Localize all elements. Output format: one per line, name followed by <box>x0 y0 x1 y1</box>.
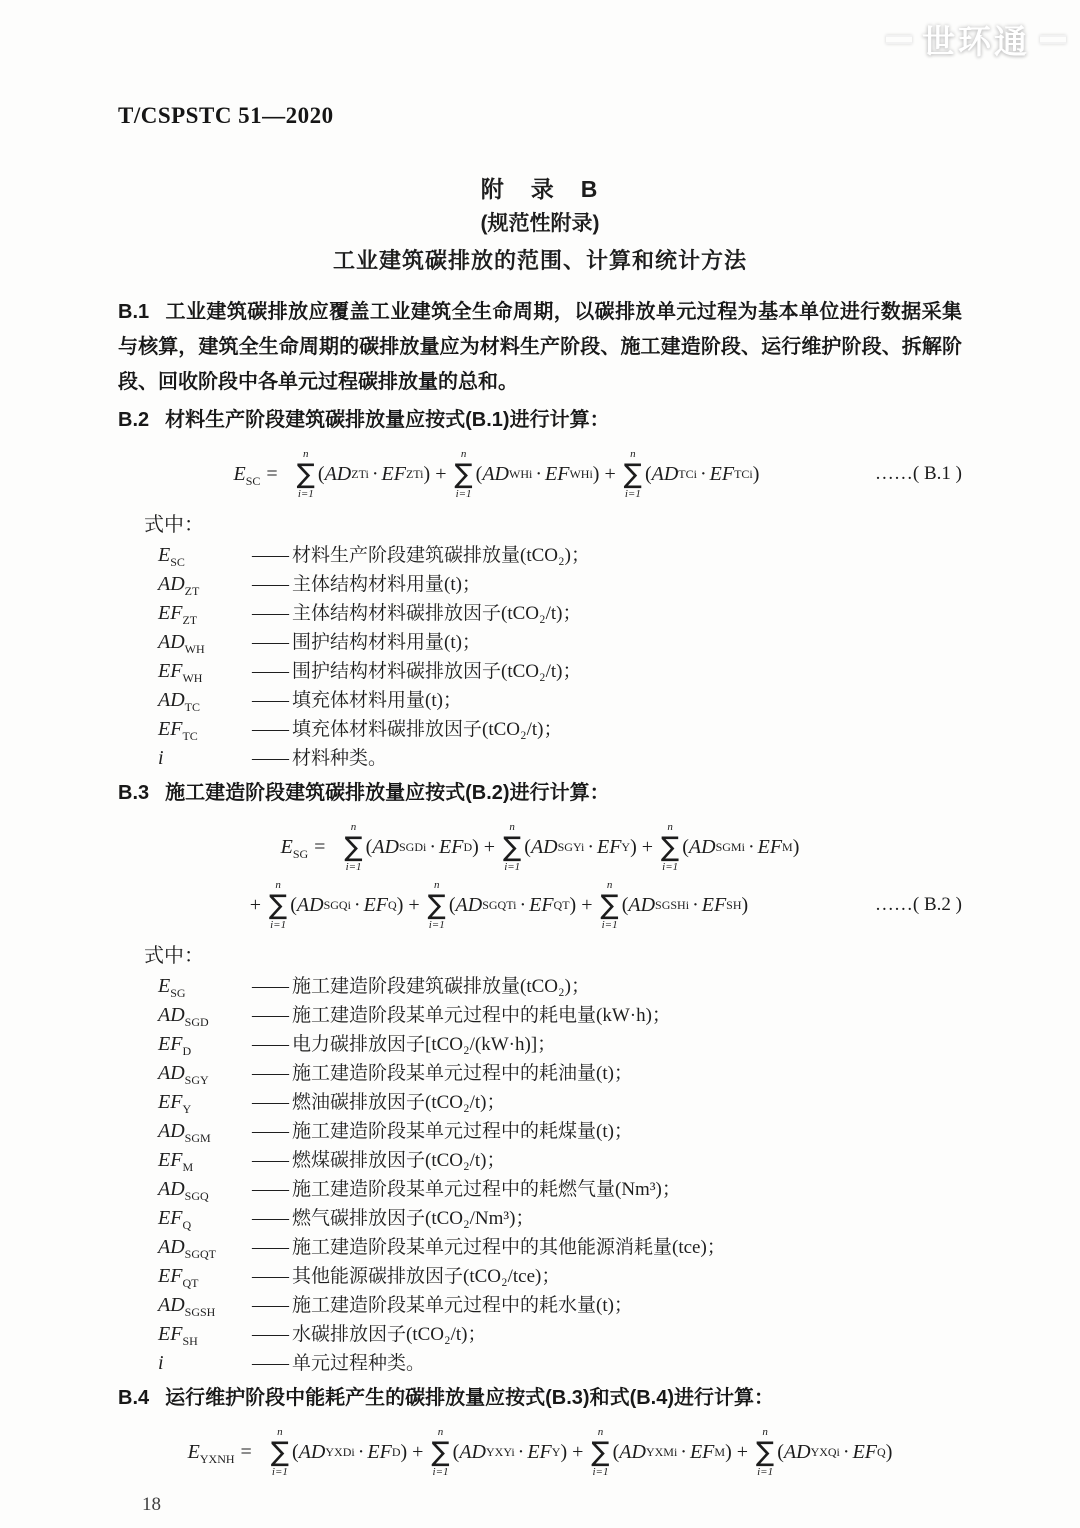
definition-dash: —— <box>252 973 288 1001</box>
ad-variable: AD <box>299 1441 326 1464</box>
definition-description: 施工建造阶段某单元过程中的耗燃气量(Nm³)； <box>292 1176 681 1204</box>
definition-description: 水碳排放因子(tCO₂/t)； <box>292 1321 487 1349</box>
where-label: 式中： <box>144 939 962 968</box>
appendix-title-block: 附 录 B (规范性附录) 工业建筑碳排放的范围、计算和统计方法 <box>118 175 962 275</box>
definition-dash: —— <box>252 1292 288 1320</box>
sigma-icon: ∑ <box>661 834 679 861</box>
ad-variable: AD <box>531 836 558 859</box>
definition-dash: —— <box>252 1350 288 1378</box>
ef-variable: EF <box>382 463 406 486</box>
formula-term: + n ∑ i=1 (ADSGQTi·EFQT) <box>403 879 576 930</box>
formula-term: + n ∑ i=1 (ADSGMi·EFM) <box>637 821 800 872</box>
page-number: 18 <box>142 1494 962 1516</box>
open-paren: ( <box>777 1441 784 1464</box>
plus-operator: + <box>412 1441 423 1464</box>
close-paren: ) <box>570 894 577 917</box>
definitions-list-b3: ESG —— 施工建造阶段建筑碳排放量(tCO₂)； ADSGD —— 施工建造… <box>158 972 962 1378</box>
definition-symbol: EFY <box>158 1088 252 1116</box>
clause-b2: B.2材料生产阶段建筑碳排放量应按式(B.1)进行计算： <box>118 403 962 438</box>
summation-symbol: n ∑ i=1 <box>661 821 679 872</box>
ef-variable: EF <box>853 1441 877 1464</box>
where-label: 式中： <box>144 508 962 537</box>
formula-term: + n ∑ i=1 (ADWHi·EFWHi) <box>430 448 599 499</box>
summation-symbol: n ∑ i=1 <box>601 879 619 930</box>
ad-variable: AD <box>325 463 352 486</box>
definition-row: EFTC —— 填充体材料碳排放因子(tCO₂/t)； <box>158 715 962 744</box>
formula-b2-expression-line1: ESG = n ∑ i=1 (ADSGDi·EFD) <box>118 821 962 872</box>
equals-sign: = <box>314 836 325 859</box>
close-paren: ) <box>424 463 431 486</box>
sigma-icon: ∑ <box>297 461 315 488</box>
formula-b3: EYXNH = n ∑ i=1 (ADYXDi·EFD) <box>118 1424 962 1480</box>
ad-variable: AD <box>456 894 483 917</box>
formula-term: n ∑ i=1 (ADYXDi·EFD) <box>258 1426 407 1477</box>
watermark-dash-left <box>886 35 912 44</box>
equals-sign: = <box>241 1441 252 1464</box>
sum-lower-limit: i=1 <box>272 1466 288 1478</box>
dot-operator: · <box>354 894 361 917</box>
summation-symbol: n ∑ i=1 <box>624 448 642 499</box>
definition-description: 材料种类。 <box>292 745 387 773</box>
summation-symbol: n ∑ i=1 <box>591 1426 609 1477</box>
ef-variable: EF <box>439 836 463 859</box>
definition-description: 填充体材料碳排放因子(tCO₂/t)； <box>292 716 563 744</box>
close-paren: ) <box>630 836 637 859</box>
definition-description: 电力碳排放因子[tCO₂/(kW·h)]； <box>292 1031 556 1059</box>
definition-symbol: EFQ <box>158 1204 252 1232</box>
definition-description: 燃气碳排放因子(tCO₂/Nm³)； <box>292 1205 534 1233</box>
definition-row: ADSGM —— 施工建造阶段某单元过程中的耗煤量(t)； <box>158 1117 962 1146</box>
definition-dash: —— <box>252 1176 288 1204</box>
ad-variable: AD <box>297 894 324 917</box>
sum-lower-limit: i=1 <box>433 1466 449 1478</box>
definition-description: 施工建造阶段某单元过程中的其他能源消耗量(tce)； <box>292 1234 726 1262</box>
plus-operator: + <box>250 894 261 917</box>
definition-description: 施工建造阶段建筑碳排放量(tCO₂)； <box>292 973 590 1001</box>
definition-row: EFD —— 电力碳排放因子[tCO₂/(kW·h)]； <box>158 1030 962 1059</box>
appendix-heading: 附 录 B <box>118 175 962 203</box>
sigma-icon: ∑ <box>601 892 619 919</box>
close-paren: ) <box>397 894 404 917</box>
plus-operator: + <box>408 894 419 917</box>
dot-operator: · <box>748 836 755 859</box>
sum-lower-limit: i=1 <box>346 861 362 873</box>
definition-dash: —— <box>252 716 288 744</box>
definition-dash: —— <box>252 1234 288 1262</box>
definition-symbol: i <box>158 1349 252 1377</box>
clause-text: 材料生产阶段建筑碳排放量应按式(B.1)进行计算： <box>165 409 609 431</box>
watermark: 世环通 <box>886 16 1066 63</box>
formula-term: + n ∑ i=1 (ADYXQi·EFQ) <box>732 1426 893 1477</box>
formula-terms: n ∑ i=1 (ADYXDi·EFD) + n ∑ i=1 <box>258 1426 893 1477</box>
definition-symbol: ADSGY <box>158 1059 252 1087</box>
dot-operator: · <box>680 1441 687 1464</box>
definition-row: ESC —— 材料生产阶段建筑碳排放量(tCO₂)； <box>158 541 962 570</box>
watermark-text: 世环通 <box>922 16 1030 63</box>
dot-operator: · <box>587 836 594 859</box>
open-paren: ( <box>682 836 689 859</box>
definition-dash: —— <box>252 629 288 657</box>
definition-symbol: ESG <box>158 972 252 1000</box>
definition-description: 其他能源碳排放因子(tCO₂/tce)； <box>292 1263 560 1291</box>
clause-text: 工业建筑碳排放应覆盖工业建筑全生命周期，以碳排放单元过程为基本单位进行数据采集与… <box>118 301 962 393</box>
formula-b3-expression: EYXNH = n ∑ i=1 (ADYXDi·EFD) <box>118 1426 962 1477</box>
definition-row: EFWH —— 围护结构材料碳排放因子(tCO₂/t)； <box>158 657 962 686</box>
definition-symbol: EFWH <box>158 657 252 685</box>
ef-variable: EF <box>545 463 569 486</box>
ef-variable: EF <box>710 463 734 486</box>
clause-text: 运行维护阶段中能耗产生的碳排放量应按式(B.3)和式(B.4)进行计算： <box>165 1387 774 1409</box>
formula-b2-line1: ESG = n ∑ i=1 (ADSGDi·EFD) <box>118 819 962 875</box>
clause-number: B.1 <box>118 301 149 323</box>
formula-term: n ∑ i=1 (ADSGDi·EFD) <box>331 821 478 872</box>
definition-dash: —— <box>252 1263 288 1291</box>
plus-operator: + <box>642 836 653 859</box>
definition-description: 材料生产阶段建筑碳排放量(tCO₂)； <box>292 542 590 570</box>
clause-text: 施工建造阶段建筑碳排放量应按式(B.2)进行计算： <box>165 782 609 804</box>
definition-symbol: ADSGD <box>158 1001 252 1029</box>
definition-dash: —— <box>252 1031 288 1059</box>
close-paren: ) <box>793 836 800 859</box>
definition-row: ADTC —— 填充体材料用量(t)； <box>158 686 962 715</box>
sigma-icon: ∑ <box>756 1439 774 1466</box>
dot-operator: · <box>700 463 707 486</box>
definition-dash: —— <box>252 687 288 715</box>
definition-row: ADSGQ —— 施工建造阶段某单元过程中的耗燃气量(Nm³)； <box>158 1175 962 1204</box>
close-paren: ) <box>560 1441 567 1464</box>
definition-description: 单元过程种类。 <box>292 1350 425 1378</box>
plus-operator: + <box>484 836 495 859</box>
formula-lhs: EYXNH <box>188 1441 235 1464</box>
sum-lower-limit: i=1 <box>270 919 286 931</box>
formula-term: + n ∑ i=1 (ADYXMi·EFM) <box>567 1426 732 1477</box>
definition-dash: —— <box>252 542 288 570</box>
sum-lower-limit: i=1 <box>429 919 445 931</box>
definition-row: ADWH —— 围护结构材料用量(t)； <box>158 628 962 657</box>
summation-symbol: n ∑ i=1 <box>454 448 472 499</box>
open-paren: ( <box>318 463 325 486</box>
definition-row: EFY —— 燃油碳排放因子(tCO₂/t)； <box>158 1088 962 1117</box>
ef-variable: EF <box>529 894 553 917</box>
definition-description: 燃油碳排放因子(tCO₂/t)； <box>292 1089 506 1117</box>
definition-row: ADSGQT —— 施工建造阶段某单元过程中的其他能源消耗量(tce)； <box>158 1233 962 1262</box>
definition-row: ADZT —— 主体结构材料用量(t)； <box>158 570 962 599</box>
formula-term: + n ∑ i=1 (ADTCi·EFTCi) <box>599 448 759 499</box>
definition-dash: —— <box>252 745 288 773</box>
ad-variable: AD <box>784 1441 811 1464</box>
ef-variable: EF <box>702 894 726 917</box>
close-paren: ) <box>886 1441 893 1464</box>
sum-lower-limit: i=1 <box>625 488 641 500</box>
formula-b2-expression-line2: + n ∑ i=1 (ADSGQi·EFQ) + n ∑ <box>118 879 875 930</box>
definition-symbol: EFQT <box>158 1262 252 1290</box>
sum-lower-limit: i=1 <box>298 488 314 500</box>
dot-operator: · <box>692 894 699 917</box>
formula-lhs: ESG <box>281 836 309 859</box>
close-paren: ) <box>725 1441 732 1464</box>
definition-row: EFZT —— 主体结构材料碳排放因子(tCO₂/t)； <box>158 599 962 628</box>
definition-description: 主体结构材料碳排放因子(tCO₂/t)； <box>292 600 582 628</box>
clause-number: B.2 <box>118 409 149 431</box>
sum-lower-limit: i=1 <box>456 488 472 500</box>
definition-dash: —— <box>252 1321 288 1349</box>
formula-terms: + n ∑ i=1 (ADSGQi·EFQ) + n ∑ <box>245 879 748 930</box>
summation-symbol: n ∑ i=1 <box>431 1426 449 1477</box>
definition-dash: —— <box>252 571 288 599</box>
ad-variable: AD <box>482 463 509 486</box>
ad-variable: AD <box>372 836 399 859</box>
definition-symbol: ADSGSH <box>158 1291 252 1319</box>
ef-variable: EF <box>690 1441 714 1464</box>
ad-variable: AD <box>459 1441 486 1464</box>
formula-lhs: ESC <box>234 463 261 486</box>
definition-dash: —— <box>252 1147 288 1175</box>
close-paren: ) <box>753 463 760 486</box>
sigma-icon: ∑ <box>428 892 446 919</box>
dot-operator: · <box>518 1441 525 1464</box>
close-paren: ) <box>472 836 479 859</box>
definition-row: i —— 材料种类。 <box>158 744 962 773</box>
sigma-icon: ∑ <box>454 461 472 488</box>
definition-dash: —— <box>252 658 288 686</box>
formula-terms: n ∑ i=1 (ADSGDi·EFD) + n ∑ i=1 <box>331 821 799 872</box>
doc-number: T/CSPSTC 51—2020 <box>118 0 962 129</box>
ef-variable: EF <box>367 1441 391 1464</box>
ef-variable: EF <box>527 1441 551 1464</box>
definition-row: ADSGD —— 施工建造阶段某单元过程中的耗电量(kW·h)； <box>158 1001 962 1030</box>
definition-description: 填充体材料用量(t)； <box>292 687 462 715</box>
appendix-name: 工业建筑碳排放的范围、计算和统计方法 <box>118 247 962 275</box>
plus-operator: + <box>604 463 615 486</box>
definition-description: 施工建造阶段某单元过程中的耗电量(kW·h)； <box>292 1002 671 1030</box>
clause-b3: B.3施工建造阶段建筑碳排放量应按式(B.2)进行计算： <box>118 776 962 811</box>
definition-symbol: EFM <box>158 1146 252 1174</box>
definition-description: 围护结构材料用量(t)； <box>292 629 481 657</box>
close-paren: ) <box>593 463 600 486</box>
sigma-icon: ∑ <box>271 1439 289 1466</box>
sum-lower-limit: i=1 <box>602 919 618 931</box>
definition-description: 施工建造阶段某单元过程中的耗水量(t)； <box>292 1292 633 1320</box>
definition-symbol: ADZT <box>158 570 252 598</box>
definition-row: i —— 单元过程种类。 <box>158 1349 962 1378</box>
definition-dash: —— <box>252 600 288 628</box>
ef-variable: EF <box>364 894 388 917</box>
plus-operator: + <box>572 1441 583 1464</box>
definition-symbol: ADSGQT <box>158 1233 252 1261</box>
dot-operator: · <box>372 463 379 486</box>
definition-row: EFQT —— 其他能源碳排放因子(tCO₂/tce)； <box>158 1262 962 1291</box>
formula-term: + n ∑ i=1 (ADSGQi·EFQ) <box>245 879 404 930</box>
definition-description: 主体结构材料用量(t)； <box>292 571 481 599</box>
plus-operator: + <box>435 463 446 486</box>
sigma-icon: ∑ <box>624 461 642 488</box>
plus-operator: + <box>737 1441 748 1464</box>
ad-variable: AD <box>619 1441 646 1464</box>
summation-symbol: n ∑ i=1 <box>271 1426 289 1477</box>
sum-lower-limit: i=1 <box>757 1466 773 1478</box>
definition-dash: —— <box>252 1002 288 1030</box>
sigma-icon: ∑ <box>591 1439 609 1466</box>
definition-symbol: ADWH <box>158 628 252 656</box>
definition-symbol: EFD <box>158 1030 252 1058</box>
dot-operator: · <box>843 1441 850 1464</box>
sum-lower-limit: i=1 <box>593 1466 609 1478</box>
summation-symbol: n ∑ i=1 <box>503 821 521 872</box>
definition-row: ESG —— 施工建造阶段建筑碳排放量(tCO₂)； <box>158 972 962 1001</box>
ad-variable: AD <box>652 463 679 486</box>
plus-operator: + <box>581 894 592 917</box>
watermark-dash-right <box>1040 35 1066 44</box>
summation-symbol: n ∑ i=1 <box>344 821 362 872</box>
formula-term: + n ∑ i=1 (ADYXYi·EFY) <box>407 1426 567 1477</box>
definition-symbol: ADTC <box>158 686 252 714</box>
dot-operator: · <box>535 463 542 486</box>
ad-variable: AD <box>628 894 655 917</box>
open-paren: ( <box>292 1441 299 1464</box>
sum-lower-limit: i=1 <box>662 861 678 873</box>
dot-operator: · <box>429 836 436 859</box>
sigma-icon: ∑ <box>503 834 521 861</box>
sigma-icon: ∑ <box>431 1439 449 1466</box>
clause-b4: B.4运行维护阶段中能耗产生的碳排放量应按式(B.3)和式(B.4)进行计算： <box>118 1381 962 1416</box>
formula-b1: ESC = n ∑ i=1 (ADZTi·EFZTi) <box>118 446 962 502</box>
definition-row: EFQ —— 燃气碳排放因子(tCO₂/Nm³)； <box>158 1204 962 1233</box>
equation-number: ……( B.1 ) <box>875 463 962 485</box>
definition-symbol: EFZT <box>158 599 252 627</box>
sum-lower-limit: i=1 <box>504 861 520 873</box>
document-page: 世环通 T/CSPSTC 51—2020 附 录 B (规范性附录) 工业建筑碳… <box>0 0 1080 1528</box>
definition-dash: —— <box>252 1118 288 1146</box>
sigma-icon: ∑ <box>269 892 287 919</box>
summation-symbol: n ∑ i=1 <box>269 879 287 930</box>
open-paren: ( <box>645 463 652 486</box>
ef-variable: EF <box>758 836 782 859</box>
ad-variable: AD <box>689 836 716 859</box>
definition-symbol: ESC <box>158 541 252 569</box>
definition-symbol: i <box>158 744 252 772</box>
clause-number: B.4 <box>118 1387 149 1409</box>
definition-symbol: ADSGM <box>158 1117 252 1145</box>
summation-symbol: n ∑ i=1 <box>297 448 315 499</box>
clause-b1: B.1工业建筑碳排放应覆盖工业建筑全生命周期，以碳排放单元过程为基本单位进行数据… <box>118 295 962 400</box>
ef-variable: EF <box>597 836 621 859</box>
definition-symbol: EFTC <box>158 715 252 743</box>
definition-dash: —— <box>252 1060 288 1088</box>
open-paren: ( <box>524 836 531 859</box>
formula-term: + n ∑ i=1 (ADSGSHi·EFSH) <box>576 879 748 930</box>
close-paren: ) <box>742 894 749 917</box>
formula-term: n ∑ i=1 (ADZTi·EFZTi) <box>284 448 430 499</box>
equals-sign: = <box>266 463 277 486</box>
definition-description: 燃煤碳排放因子(tCO₂/t)； <box>292 1147 506 1175</box>
formula-b2-line2: + n ∑ i=1 (ADSGQi·EFQ) + n ∑ <box>118 877 962 933</box>
summation-symbol: n ∑ i=1 <box>756 1426 774 1477</box>
close-paren: ) <box>400 1441 407 1464</box>
dot-operator: · <box>358 1441 365 1464</box>
definition-description: 施工建造阶段某单元过程中的耗煤量(t)； <box>292 1118 633 1146</box>
definition-row: ADSGSH —— 施工建造阶段某单元过程中的耗水量(t)； <box>158 1291 962 1320</box>
definition-dash: —— <box>252 1089 288 1117</box>
sigma-icon: ∑ <box>344 834 362 861</box>
formula-terms: n ∑ i=1 (ADZTi·EFZTi) + n ∑ i=1 <box>284 448 760 499</box>
definitions-list-b2: ESC —— 材料生产阶段建筑碳排放量(tCO₂)； ADZT —— 主体结构材… <box>158 541 962 773</box>
formula-term: + n ∑ i=1 (ADSGYi·EFY) <box>479 821 637 872</box>
summation-symbol: n ∑ i=1 <box>428 879 446 930</box>
definition-description: 围护结构材料碳排放因子(tCO₂/t)； <box>292 658 582 686</box>
definition-dash: —— <box>252 1205 288 1233</box>
definition-row: EFM —— 燃煤碳排放因子(tCO₂/t)； <box>158 1146 962 1175</box>
definition-description: 施工建造阶段某单元过程中的耗油量(t)； <box>292 1060 633 1088</box>
definition-row: ADSGY —— 施工建造阶段某单元过程中的耗油量(t)； <box>158 1059 962 1088</box>
open-paren: ( <box>290 894 297 917</box>
definition-symbol: EFSH <box>158 1320 252 1348</box>
clause-number: B.3 <box>118 782 149 804</box>
formula-b1-expression: ESC = n ∑ i=1 (ADZTi·EFZTi) <box>118 448 875 499</box>
definition-symbol: ADSGQ <box>158 1175 252 1203</box>
definition-row: EFSH —— 水碳排放因子(tCO₂/t)； <box>158 1320 962 1349</box>
dot-operator: · <box>519 894 526 917</box>
equation-number: ……( B.2 ) <box>875 894 962 916</box>
open-paren: ( <box>449 894 456 917</box>
appendix-type: (规范性附录) <box>118 211 962 237</box>
